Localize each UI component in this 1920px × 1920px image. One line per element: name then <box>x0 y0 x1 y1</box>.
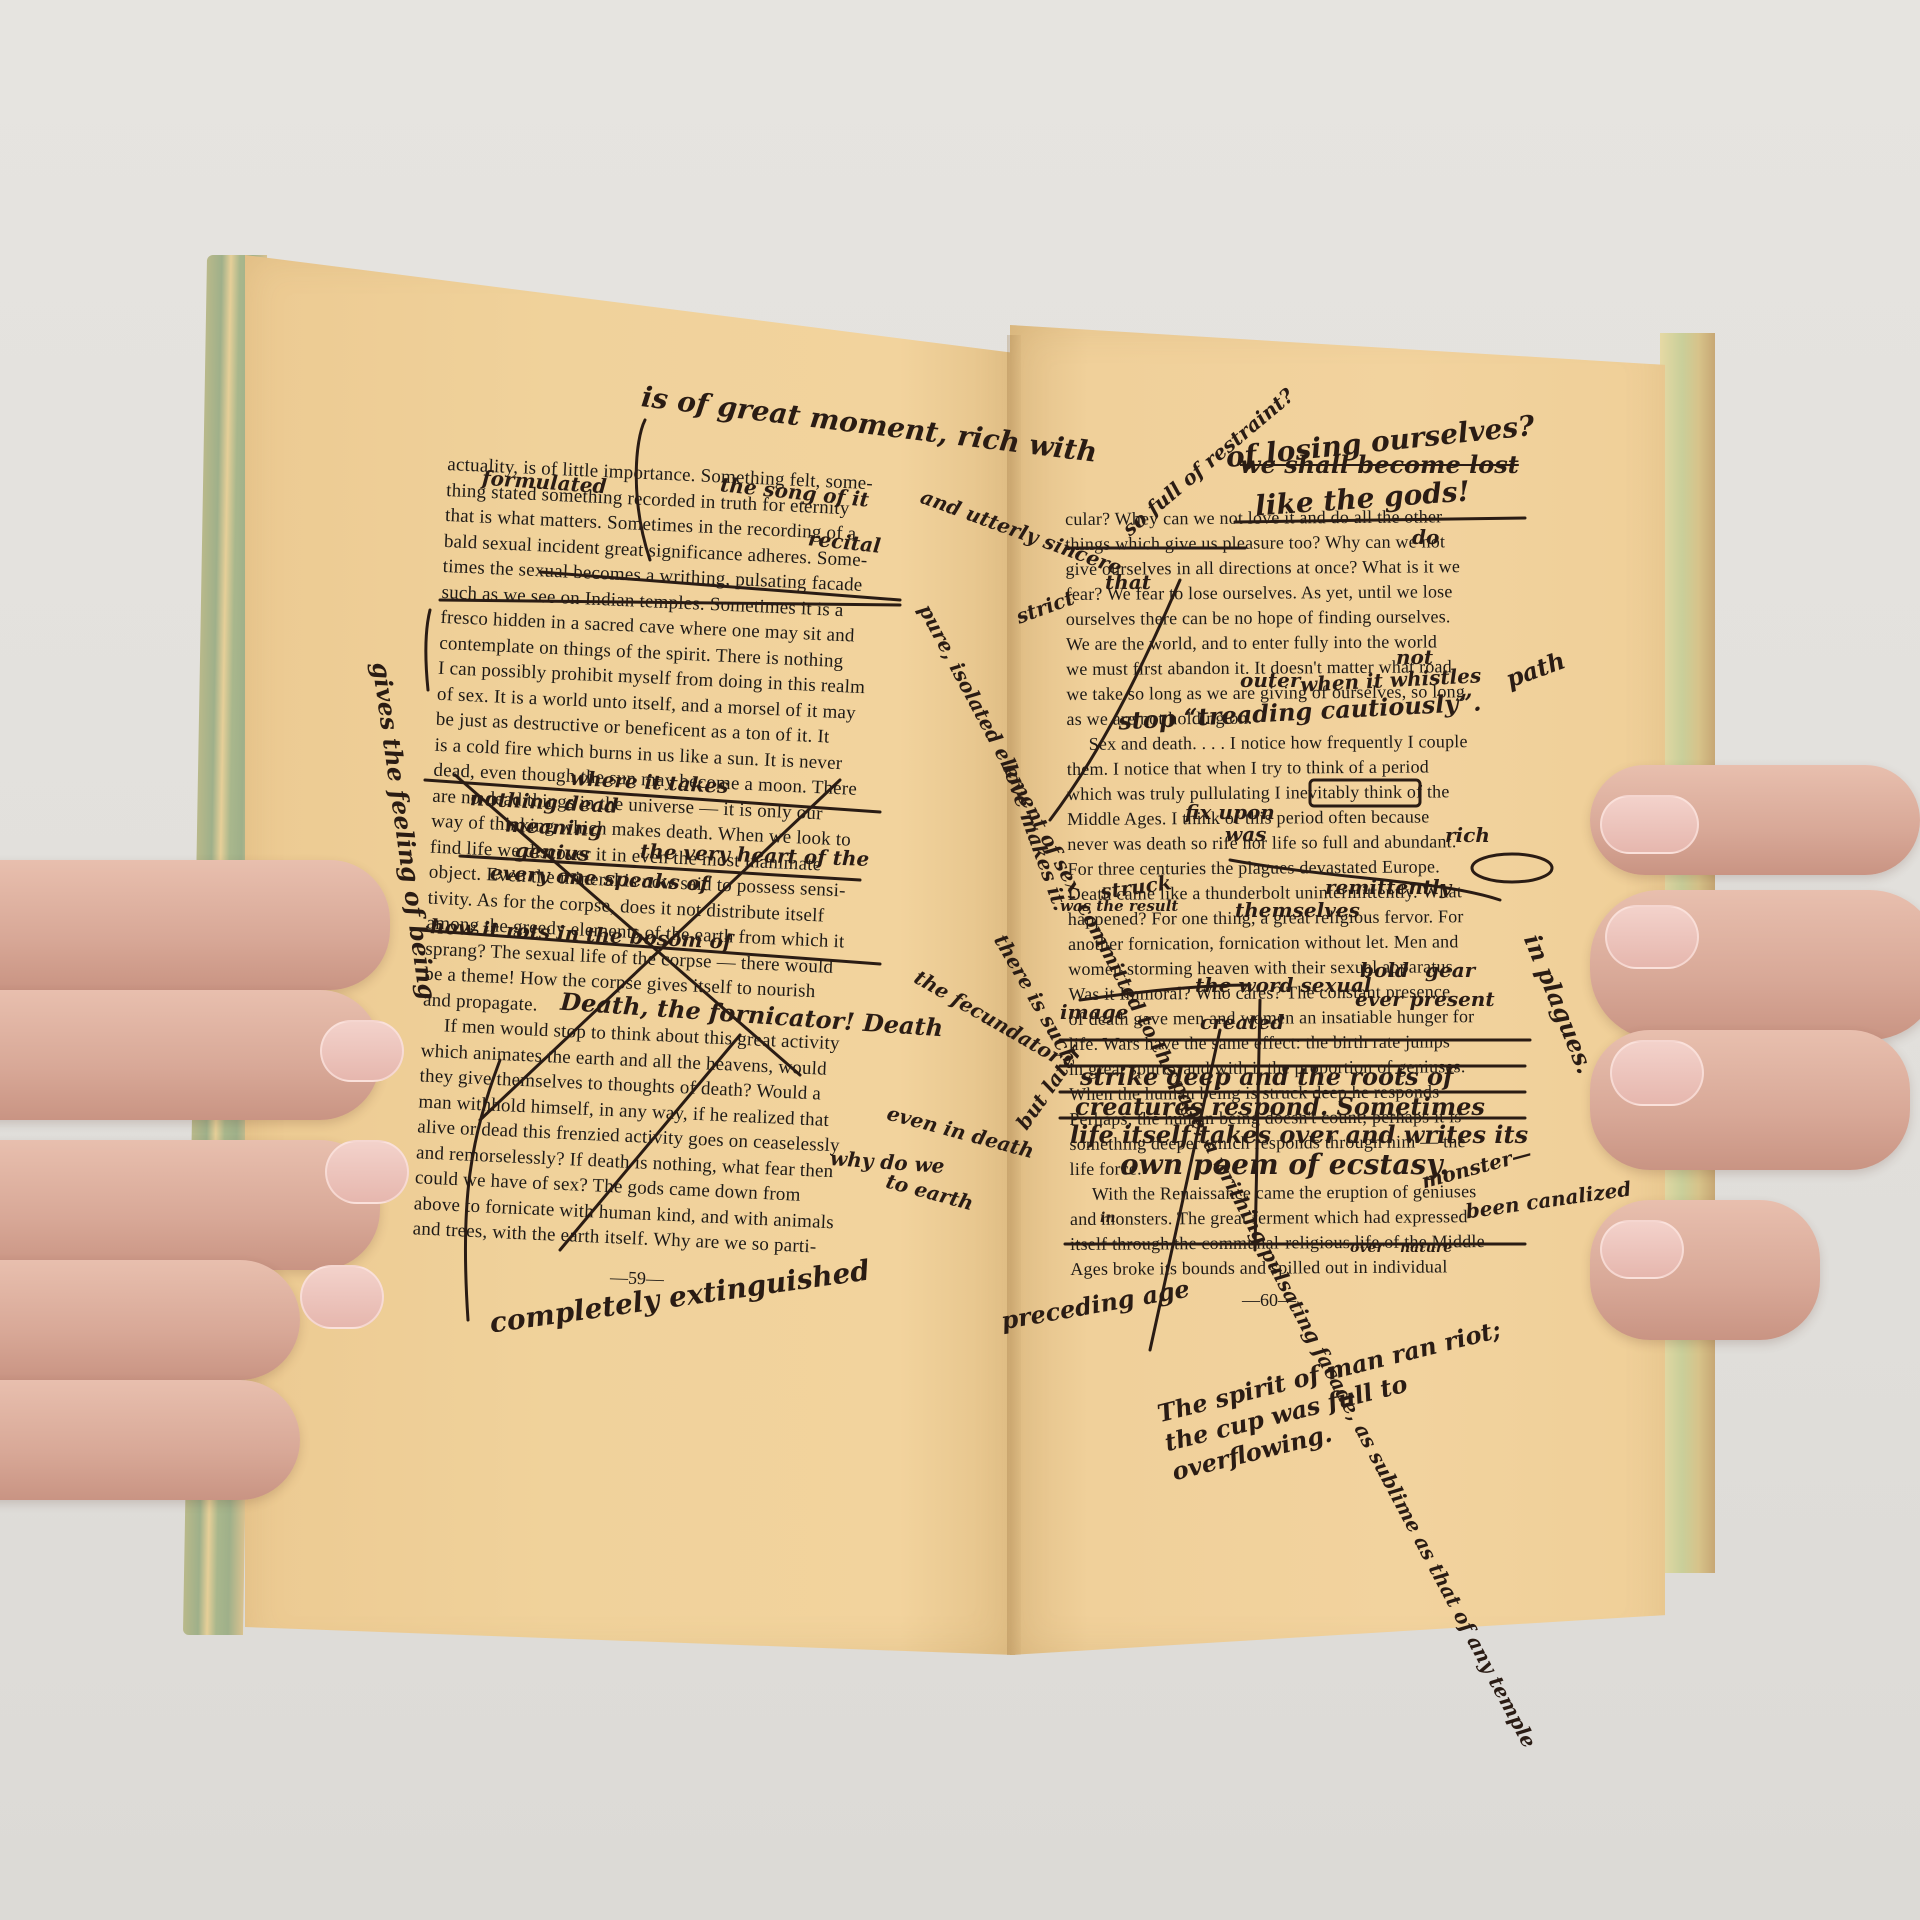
handwritten-note: was the result <box>1060 897 1178 915</box>
handwritten-note: do <box>1412 525 1439 549</box>
text-line: and monsters. The great ferment which ha… <box>1070 1204 1485 1232</box>
finger <box>0 860 390 990</box>
handwritten-note: remittently <box>1325 875 1451 899</box>
handwritten-note: own poem of ecstasy. <box>1120 1148 1449 1181</box>
text-line: never was death so rife nor life so full… <box>1067 829 1482 857</box>
fingernail <box>1605 905 1699 969</box>
handwritten-note: creatures respond. Sometimes <box>1075 1092 1485 1121</box>
text-line: another fornication, fornication without… <box>1068 929 1483 957</box>
handwritten-note: image <box>1060 1000 1128 1024</box>
fingernail <box>1600 1220 1684 1279</box>
handwritten-note: outer <box>1240 668 1300 692</box>
photo-scene: actuality, is of little importance. Some… <box>0 0 1920 1920</box>
fingernail <box>320 1020 404 1082</box>
handwritten-note: gear <box>1425 958 1475 982</box>
finger <box>0 1380 300 1500</box>
handwritten-note: strike deep and the roots of <box>1080 1062 1453 1091</box>
handwritten-note: that <box>1105 570 1151 594</box>
handwritten-note: created <box>1200 1010 1284 1034</box>
handwritten-note: ever present <box>1355 987 1495 1011</box>
handwritten-note: life itself takes over and writes its <box>1070 1120 1528 1149</box>
handwritten-note: the word sexual <box>1195 973 1372 997</box>
handwritten-note: nature <box>1400 1240 1452 1256</box>
handwritten-note: we shall become lost <box>1240 450 1519 479</box>
handwritten-note: themselves <box>1235 898 1360 922</box>
handwritten-note: was <box>1225 822 1266 846</box>
handwritten-note: rich <box>1445 823 1490 847</box>
handwritten-note: fix upon <box>1185 800 1275 824</box>
fingernail <box>1610 1040 1704 1106</box>
text-line: ourselves there can be no hope of findin… <box>1066 604 1481 632</box>
handwritten-note: meaning <box>504 812 603 841</box>
handwritten-note: in <box>1100 1210 1116 1226</box>
fingernail <box>1600 795 1699 854</box>
text-line: them. I notice that when I try to think … <box>1067 754 1482 782</box>
fingernail <box>325 1140 409 1204</box>
fingernail <box>300 1265 384 1329</box>
finger <box>0 1260 300 1380</box>
finger <box>0 1140 380 1270</box>
handwritten-note: over <box>1350 1240 1384 1256</box>
